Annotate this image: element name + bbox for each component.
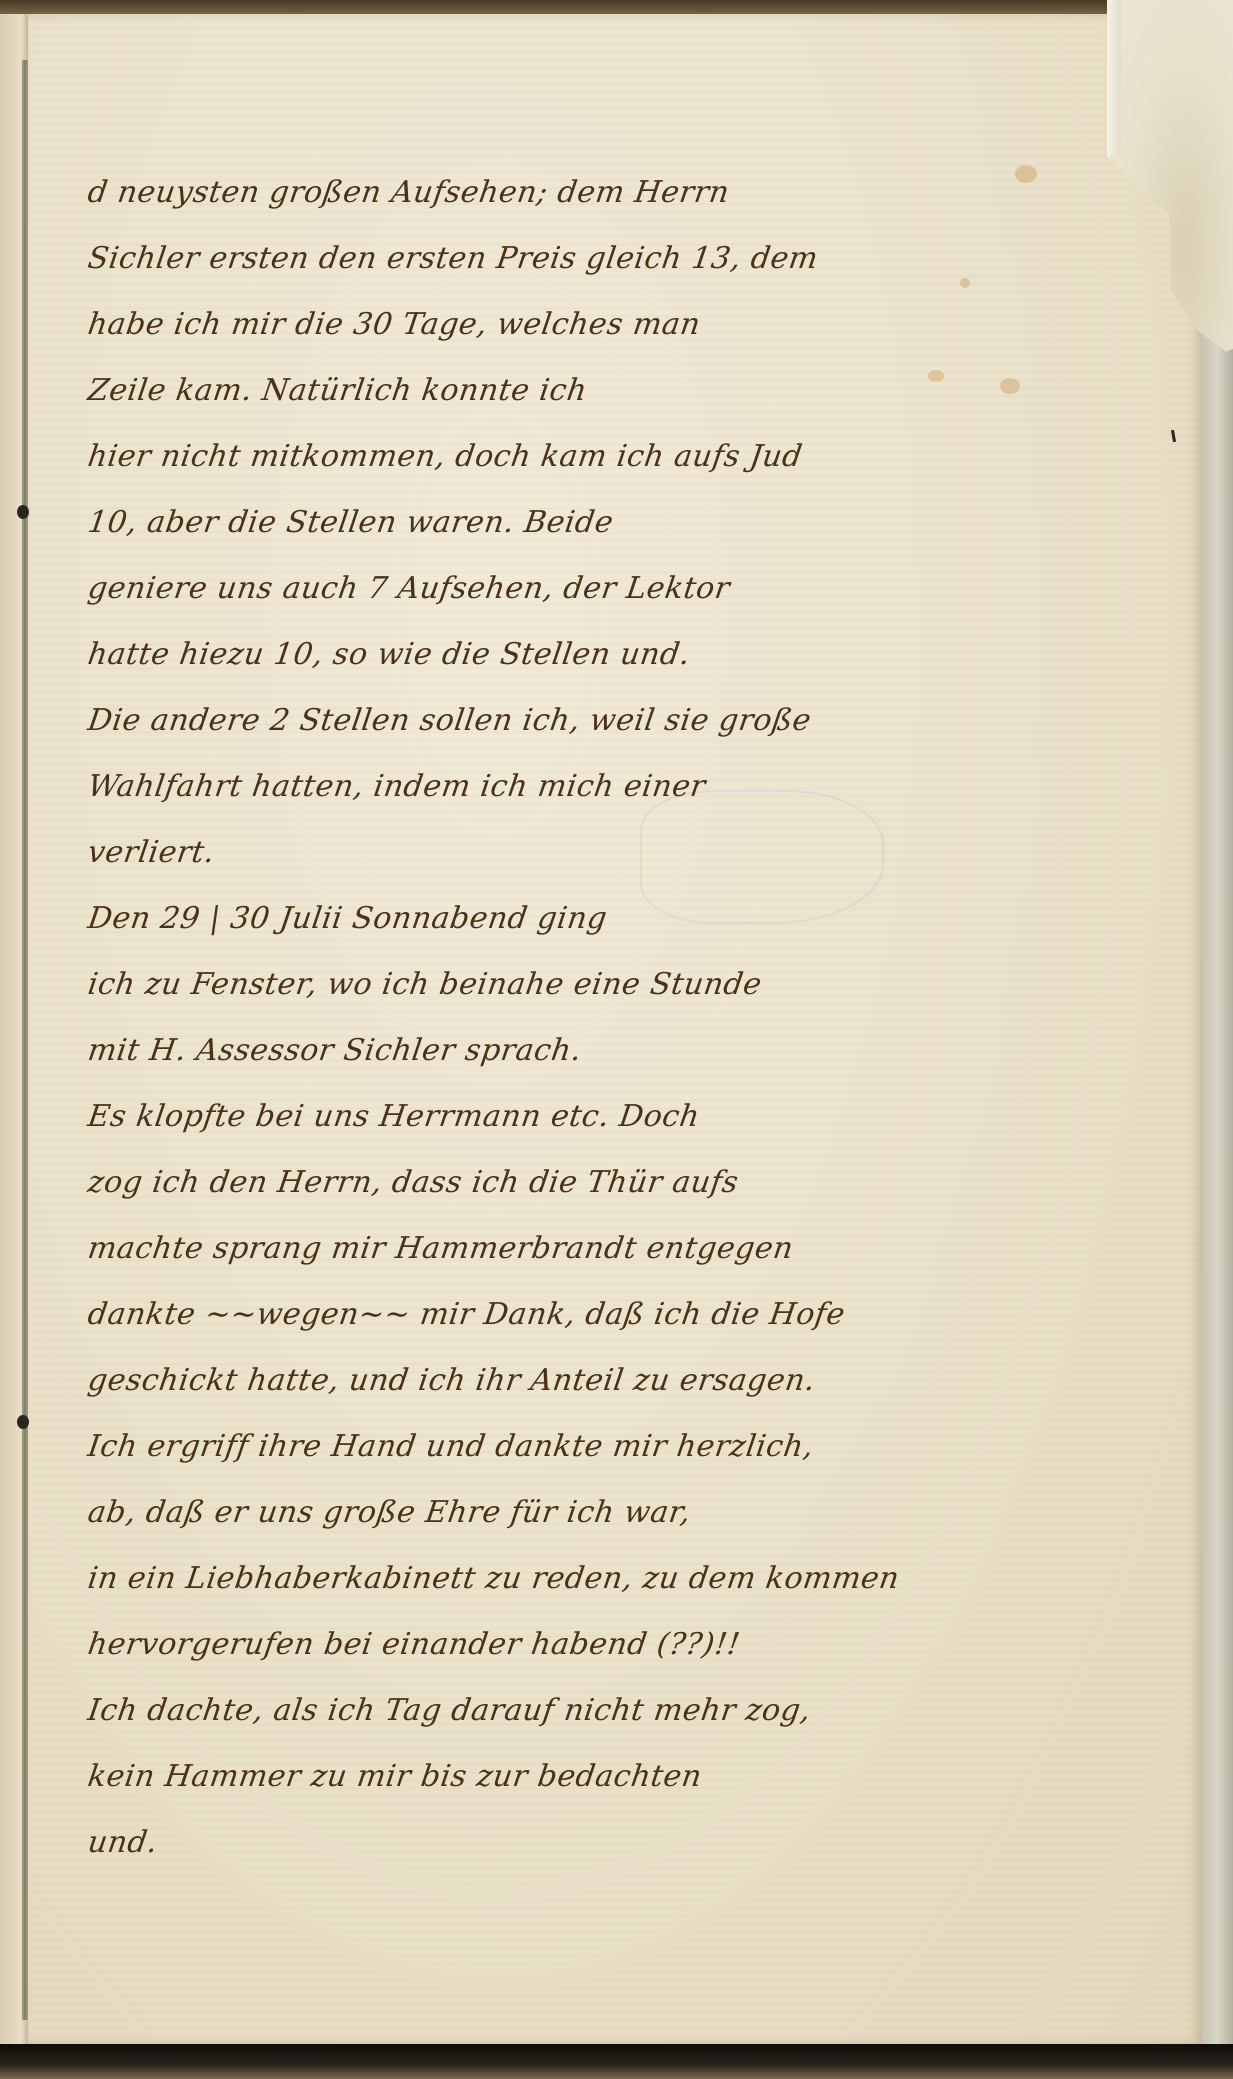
text-line: und. bbox=[83, 1810, 872, 1876]
text-line: dankte ~~wegen~~ mir Dank, daß ich die H… bbox=[83, 1282, 872, 1348]
text-line: verliert. bbox=[83, 820, 872, 886]
text-line: zog ich den Herrn, dass ich die Thür auf… bbox=[83, 1150, 872, 1216]
binding-gutter bbox=[22, 60, 28, 2020]
binding-stitch-icon bbox=[17, 505, 29, 519]
text-line: d neuysten großen Aufsehen; dem Herrn bbox=[83, 160, 872, 226]
foxing-stain bbox=[928, 370, 944, 382]
text-line: habe ich mir die 30 Tage, welches man bbox=[83, 292, 872, 358]
text-line: Ich dachte, als ich Tag darauf nicht meh… bbox=[83, 1678, 872, 1744]
underlying-page-edge bbox=[1202, 330, 1233, 2050]
text-line: Zeile kam. Natürlich konnte ich bbox=[83, 358, 872, 424]
handwritten-text: d neuysten großen Aufsehen; dem Herrn Si… bbox=[88, 160, 868, 1876]
text-line: geschickt hatte, und ich ihr Anteil zu e… bbox=[83, 1348, 872, 1414]
text-line: hier nicht mitkommen, doch kam ich aufs … bbox=[83, 424, 872, 490]
text-line: ab, daß er uns große Ehre für ich war, bbox=[83, 1480, 872, 1546]
book-bottom-edge bbox=[0, 2044, 1233, 2079]
text-line-emphasized: mit H. Assessor Sichler sprach. bbox=[83, 1018, 872, 1084]
foxing-stain bbox=[1000, 378, 1020, 394]
flap-fold-crease bbox=[1107, 0, 1121, 155]
text-line: hervorgerufen bei einander habend (??)!! bbox=[83, 1612, 872, 1678]
text-line: Es klopfte bei uns Herrmann etc. Doch bbox=[83, 1084, 872, 1150]
text-line: Ich ergriff ihre Hand und dankte mir her… bbox=[83, 1414, 872, 1480]
text-line: Wahlfahrt hatten, indem ich mich einer bbox=[83, 754, 872, 820]
foxing-stain bbox=[1015, 165, 1037, 183]
text-line: 10, aber die Stellen waren. Beide bbox=[83, 490, 872, 556]
text-line: in ein Liebhaberkabinett zu reden, zu de… bbox=[83, 1546, 872, 1612]
text-line: geniere uns auch 7 Aufsehen, der Lektor bbox=[83, 556, 872, 622]
text-line: Sichler ersten den ersten Preis gleich 1… bbox=[83, 226, 872, 292]
text-line: hatte hiezu 10, so wie die Stellen und. bbox=[83, 622, 872, 688]
text-line: kein Hammer zu mir bis zur bedachten bbox=[83, 1744, 872, 1810]
binding-stitch-icon bbox=[17, 1415, 29, 1429]
foxing-stain bbox=[960, 278, 970, 288]
text-line: machte sprang mir Hammerbrandt entgegen bbox=[83, 1216, 872, 1282]
text-line: Den 29 | 30 Julii Sonnabend ging bbox=[83, 886, 872, 952]
text-line: ich zu Fenster, wo ich beinahe eine Stun… bbox=[83, 952, 872, 1018]
text-line: Die andere 2 Stellen sollen ich, weil si… bbox=[83, 688, 872, 754]
